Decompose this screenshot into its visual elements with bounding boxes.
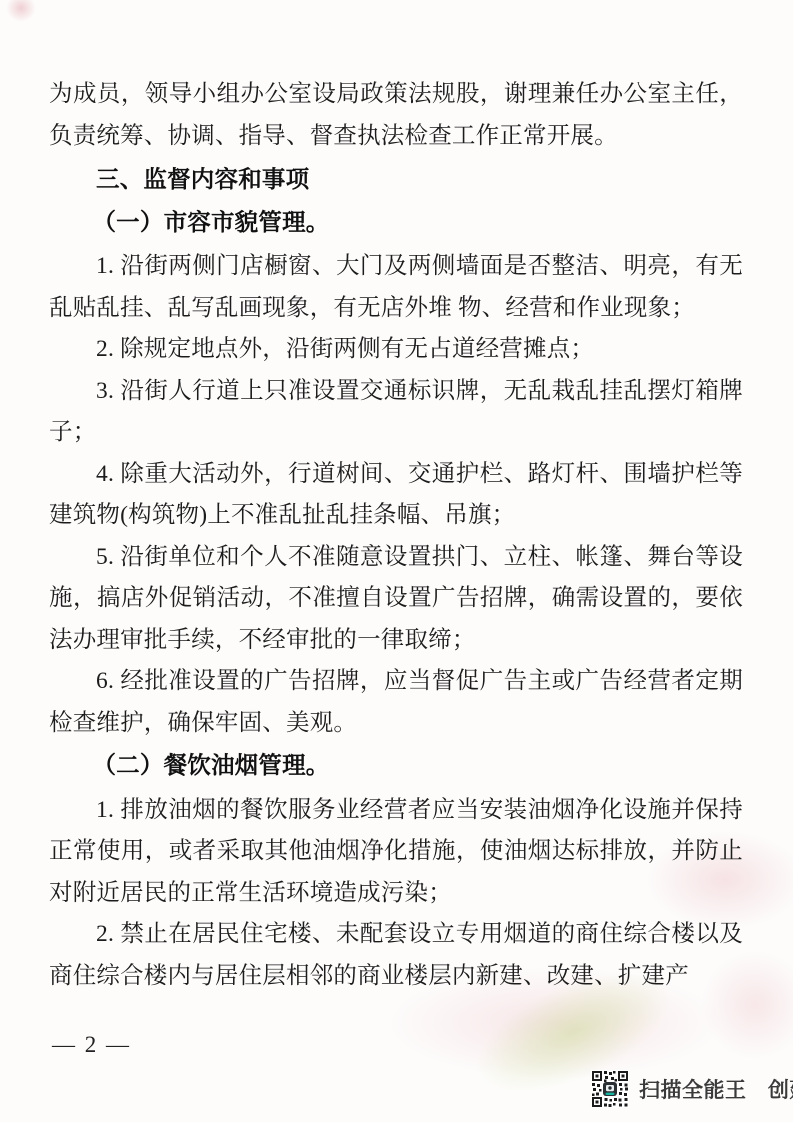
- section-heading-supervision: 三、监督内容和事项: [49, 159, 743, 201]
- list-item-2: 2. 除规定地点外，沿街两侧有无占道经营摊点；: [49, 329, 743, 371]
- list-item-4: 4. 除重大活动外，行道树间、交通护栏、路灯杆、围墙护栏等建筑物(构筑物)上不准…: [49, 454, 743, 537]
- list-item-fumes-2: 2. 禁止在居民住宅楼、未配套设立专用烟道的商住综合楼以及商住综合楼内与居住层相…: [49, 914, 743, 997]
- list-item-5: 5. 沿街单位和个人不准随意设置拱门、立柱、帐篷、舞台等设施，搞店外促销活动，不…: [49, 537, 743, 662]
- watermark-label: 扫描全能王 创建: [639, 1074, 793, 1104]
- camscanner-qr-icon: [591, 1070, 629, 1108]
- subsection-heading-cooking-fumes: （二）餐饮油烟管理。: [49, 746, 743, 788]
- document-body: 为成员，领导小组办公室设局政策法规股，谢理兼任办公室主任，负责统筹、协调、指导、…: [49, 74, 743, 997]
- paragraph-continuation: 为成员，领导小组办公室设局政策法规股，谢理兼任办公室主任，负责统筹、协调、指导、…: [49, 74, 743, 157]
- camscanner-watermark: 扫描全能王 创建: [591, 1070, 793, 1108]
- scanned-document-page: 为成员，领导小组办公室设局政策法规股，谢理兼任办公室主任，负责统筹、协调、指导、…: [0, 0, 793, 1122]
- list-item-1: 1. 沿街两侧门店橱窗、大门及两侧墙面是否整洁、明亮，有无乱贴乱挂、乱写乱画现象…: [49, 246, 743, 329]
- subsection-heading-city-appearance: （一）市容市貌管理。: [49, 203, 743, 245]
- qr-center-logo: [603, 1082, 617, 1096]
- list-item-fumes-1: 1. 排放油烟的餐饮服务业经营者应当安装油烟净化设施并保持正常使用，或者采取其他…: [49, 790, 743, 915]
- scan-stain-top-left: [6, 0, 36, 22]
- list-item-3: 3. 沿街人行道上只准设置交通标识牌，无乱栽乱挂乱摆灯箱牌子；: [49, 371, 743, 454]
- page-number: — 2 —: [52, 1032, 131, 1058]
- list-item-6: 6. 经批准设置的广告招牌，应当督促广告主或广告经营者定期检查维护，确保牢固、美…: [49, 661, 743, 744]
